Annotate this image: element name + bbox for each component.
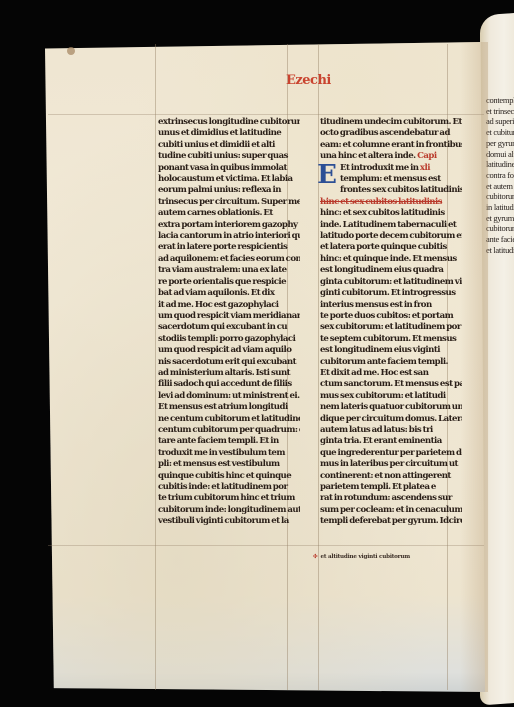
text-line: autem latus ad latus: bis tri bbox=[320, 425, 462, 436]
text-line: erat in latere porte respicientis bbox=[158, 242, 300, 253]
text-line: latitudo porte decem cubitorum erat: bbox=[320, 231, 462, 242]
text-line: troduxit me in vestibulum tem bbox=[158, 448, 300, 459]
text-line: cubitorum ante faciem templi. bbox=[320, 357, 462, 368]
text-line: unus et dimidius et latitudine bbox=[158, 128, 300, 139]
text-line: sex cubitorum: et latitudinem por bbox=[320, 322, 462, 333]
rubric-text: Capi bbox=[417, 151, 436, 161]
text-line: titudinem undecim cubitorum. Et bbox=[320, 117, 462, 128]
correction-mark-icon: ✣ bbox=[313, 554, 318, 560]
text-line: um quod respicit ad viam aquilo bbox=[158, 345, 300, 356]
text-line: hinc: et sex cubitos latitudinis bbox=[320, 208, 462, 219]
next-page-line: et autem bbox=[486, 181, 514, 192]
text-line: rat in rotundum: ascendens sur bbox=[320, 493, 462, 504]
text-line: cubitorum inde: longitudinem autem bbox=[158, 505, 300, 516]
next-page-line: et trinsecus bbox=[486, 106, 514, 117]
text-line: est longitudinem eius quadra bbox=[320, 265, 462, 276]
text-line: nis sacerdotum erit qui excubant bbox=[158, 357, 300, 368]
text-line: centum cubitorum per quadrum: et al bbox=[158, 425, 300, 436]
text-line: tare ante faciem templi. Et in bbox=[158, 436, 300, 447]
ruling-line-right-inner bbox=[318, 44, 319, 690]
next-page-line: cubitorum bbox=[486, 223, 514, 234]
next-page-line: ante faciem bbox=[486, 234, 514, 245]
ruling-line-left-outer bbox=[155, 44, 156, 690]
text-line: octo gradibus ascendebatur ad bbox=[320, 128, 462, 139]
text-line: templum: et mensus est bbox=[320, 174, 462, 185]
text-line: vestibuli viginti cubitorum et la bbox=[158, 516, 300, 527]
text-line: ne centum cubitorum et latitudine bbox=[158, 414, 300, 425]
ruling-line-top bbox=[48, 114, 484, 115]
text-line: te septem cubitorum. Et mensus bbox=[320, 334, 462, 345]
text-line: filii sadoch qui accedunt de filiis bbox=[158, 379, 300, 390]
ruling-line-bottom bbox=[48, 545, 484, 546]
next-page-line: et gyrum bbox=[486, 213, 514, 224]
text-line: hinc et sex cubitos latitudinis bbox=[320, 197, 462, 208]
text-line: pli: et mensus est vestibulum bbox=[158, 459, 300, 470]
text-line: Et introduxit me in xli bbox=[320, 163, 462, 174]
text-line: ad ministerium altaris. Isti sunt bbox=[158, 368, 300, 379]
text-line: lacia cantorum in atrio interiori quod bbox=[158, 231, 300, 242]
text-line: holocaustum et victima. Et labia bbox=[158, 174, 300, 185]
text-column-left: extrinsecus longitudine cubitorumunus et… bbox=[158, 117, 300, 528]
next-page-line: cubitorum bbox=[486, 191, 514, 202]
text-line: sacerdotum qui excubant in cu bbox=[158, 322, 300, 333]
text-line: est longitudinem eius viginti bbox=[320, 345, 462, 356]
text-line: hinc: et quinque inde. Et mensus bbox=[320, 254, 462, 265]
next-page-line: et cubitum bbox=[486, 127, 514, 138]
text-line: dique per circuitum domus. Latera bbox=[320, 414, 462, 425]
text-line: eorum palmi unius: reflexa in bbox=[158, 185, 300, 196]
text-line: tra viam australem: una ex late bbox=[158, 265, 300, 276]
text-line: te trium cubitorum hinc et trium bbox=[158, 493, 300, 504]
text-line: quinque cubitis hinc et quinque bbox=[158, 471, 300, 482]
text-line: cubitis inde: et latitudinem por bbox=[158, 482, 300, 493]
parchment-stain bbox=[67, 47, 75, 55]
next-page-line: contra fores bbox=[486, 170, 514, 181]
text-column-right: titudinem undecim cubitorum. Etocto grad… bbox=[320, 117, 462, 528]
text-line: it ad me. Hoc est gazophylaci bbox=[158, 300, 300, 311]
page-gutter-shadow bbox=[460, 42, 488, 692]
text-line: ginta cubitorum: et latitudinem vi bbox=[320, 277, 462, 288]
next-page-line: ad superio bbox=[486, 116, 514, 127]
text-line: ad aquilonem: et facies eorum con bbox=[158, 254, 300, 265]
text-line: sum per cocleam: et in cenaculum bbox=[320, 505, 462, 516]
text-line: Et dixit ad me. Hoc est san bbox=[320, 368, 462, 379]
text-line: ctum sanctorum. Et mensus est parietem d… bbox=[320, 379, 462, 390]
next-page-line: in latitudine bbox=[486, 202, 514, 213]
footnote-text: et altitudine viginti cubitorum bbox=[321, 554, 411, 560]
text-line: levi ad dominum: ut ministrent ei. bbox=[158, 391, 300, 402]
text-line: una hinc et altera inde. Capi bbox=[320, 151, 462, 162]
text-line: frontes sex cubitos latitudinis bbox=[320, 185, 462, 196]
text-line: eam: et columne erant in frontibus bbox=[320, 140, 462, 151]
marginal-correction: ✣et altitudine viginti cubitorum bbox=[313, 554, 410, 560]
text-line: tudine cubiti unius: super quas bbox=[158, 151, 300, 162]
text-line: stodiis templi: porro gazophylaci bbox=[158, 334, 300, 345]
next-page-line: per gyrum bbox=[486, 138, 514, 149]
text-line: continerent: et non attingerent bbox=[320, 471, 462, 482]
text-line: mus sex cubitorum: et latitudi bbox=[320, 391, 462, 402]
text-line: nem lateris quatuor cubitorum un bbox=[320, 402, 462, 413]
text-line: um quod respicit viam meridianam bbox=[158, 311, 300, 322]
text-line: que ingrederentur per parietem do bbox=[320, 448, 462, 459]
text-line: cubiti unius et dimidii et alti bbox=[158, 140, 300, 151]
text-line: re porte orientalis que respicie bbox=[158, 277, 300, 288]
text-line: Et mensus est atrium longitudi bbox=[158, 402, 300, 413]
text-line: mus in lateribus per circuitum ut bbox=[320, 459, 462, 470]
next-page-line: domui alt bbox=[486, 149, 514, 160]
next-page-line: latitudine bbox=[486, 159, 514, 170]
text-line: extrinsecus longitudine cubitorum bbox=[158, 117, 300, 128]
next-page-line: contemplam bbox=[486, 95, 514, 106]
next-page-text: contemplamet trinsecusad superioet cubit… bbox=[486, 95, 514, 256]
text-line: ginti cubitorum. Et introgressus bbox=[320, 288, 462, 299]
rubric-text: xli bbox=[420, 163, 430, 173]
text-line: parietem templi. Et platea e bbox=[320, 482, 462, 493]
text-line: te porte duos cubitos: et portam bbox=[320, 311, 462, 322]
running-header: Ezechi bbox=[286, 73, 331, 88]
decorated-initial: E bbox=[315, 163, 339, 187]
text-line: trinsecus per circuitum. Super mensas bbox=[158, 197, 300, 208]
text-line: extra portam interiorem gazophy bbox=[158, 220, 300, 231]
text-line: templi deferebat per gyrum. Idcirco bbox=[320, 516, 462, 527]
text-line: interius mensus est in fron bbox=[320, 300, 462, 311]
text-line: ginta tria. Et erant eminentia bbox=[320, 436, 462, 447]
next-page-line: et latitudine bbox=[486, 245, 514, 256]
text-line: inde. Latitudinem tabernaculi et bbox=[320, 220, 462, 231]
text-line: autem carnes oblationis. Et bbox=[158, 208, 300, 219]
text-line: et latera porte quinque cubitis bbox=[320, 242, 462, 253]
text-line: ponant vasa in quibus immolat bbox=[158, 163, 300, 174]
text-line: bat ad viam aquilonis. Et dix bbox=[158, 288, 300, 299]
